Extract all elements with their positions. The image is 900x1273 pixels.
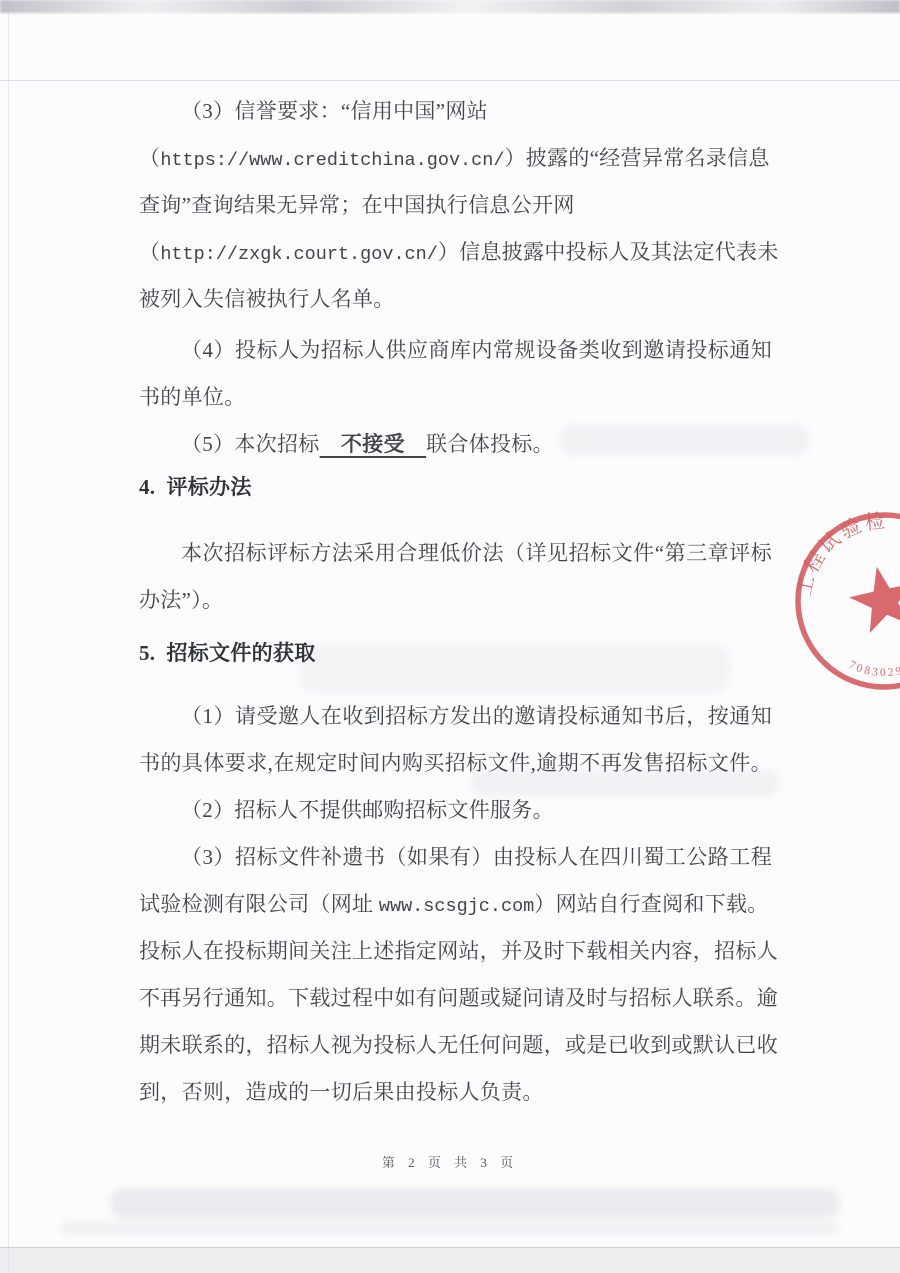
section5-item1-line2: 书的具体要求,在规定时间内购买招标文件,逾期不再发售招标文件。	[139, 740, 772, 787]
page-footer: 第 2 页 共 3 页	[0, 1152, 900, 1171]
creditchina-url: https://www.creditchina.gov.cn/	[160, 150, 504, 171]
section-heading-5: 5. 招标文件的获取	[139, 630, 772, 677]
scan-smudge	[110, 1188, 840, 1218]
section4-line2: 办法”）。	[139, 577, 772, 624]
item4-line2: 书的单位。	[139, 374, 772, 421]
seal-star-icon	[844, 560, 900, 636]
item3-line2: （https://www.creditchina.gov.cn/）披露的“经营异…	[139, 135, 772, 182]
section5-item1-line1: （1）请受邀人在收到招标方发出的邀请投标通知书后，按通知	[139, 693, 772, 740]
scan-artifact-bottom-area	[0, 1248, 900, 1273]
company-seal: 工程试验检 708302993	[784, 501, 900, 701]
item3-line5: 被列入失信被执行人名单。	[139, 276, 772, 323]
scan-artifact-top-band	[0, 0, 900, 13]
section5-item2-line: （2）招标人不提供邮购招标文件服务。	[139, 787, 772, 834]
section5-item3-line3: 投标人在投标期间关注上述指定网站，并及时下载相关内容，招标人	[139, 928, 772, 975]
item3-line4: （http://zxgk.court.gov.cn/）信息披露中投标人及其法定代…	[139, 229, 772, 276]
item3-line2-text: ）披露的“经营异常名录信息	[504, 146, 769, 170]
scanned-document-page: （3）信誉要求：“信用中国”网站 （https://www.creditchin…	[0, 0, 900, 1273]
item5-suffix: 联合体投标。	[426, 432, 554, 456]
seal-serial-number: 708302993	[847, 659, 900, 679]
section5-item3-line5: 期未联系的，招标人视为投标人无任何问题，或是已收到或默认已收	[139, 1022, 772, 1069]
item5-line: （5）本次招标 不接受 联合体投标。	[139, 421, 772, 468]
scan-smudge	[60, 1222, 840, 1234]
section5-item3-line2: 试验检测有限公司（网址 www.scsgjc.com）网站自行查阅和下载。	[139, 881, 772, 928]
section-heading-4: 4. 评标办法	[139, 464, 772, 511]
item3-line2-prefix: 试验检测有限公司（网址	[139, 892, 379, 916]
section4-line1: 本次招标评标方法采用合理低价法（详见招标文件“第三章评标	[139, 530, 772, 577]
section5-item3-line6: 到，否则，造成的一切后果由投标人负责。	[139, 1069, 772, 1116]
company-seal-graphic: 工程试验检 708302993	[784, 501, 900, 701]
item3-line1: （3）信誉要求：“信用中国”网站	[139, 88, 772, 135]
item3-line4-text: ）信息披露中投标人及其法定代表未	[438, 240, 779, 264]
item5-prefix: （5）本次招标	[181, 432, 320, 456]
zxgk-court-url: http://zxgk.court.gov.cn/	[160, 244, 438, 265]
section5-item3-line4: 不再另行通知。下载过程中如有问题或疑问请及时与招标人联系。逾	[139, 975, 772, 1022]
document-body: （3）信誉要求：“信用中国”网站 （https://www.creditchin…	[139, 88, 772, 1116]
scan-artifact-hairline	[0, 80, 900, 81]
bracket-open: （	[139, 146, 160, 170]
item5-underlined-value: 不接受	[320, 432, 427, 456]
bracket-open: （	[139, 240, 160, 264]
item3-line2-suffix: ）网站自行查阅和下载。	[534, 892, 768, 916]
item4-line1: （4）投标人为招标人供应商库内常规设备类收到邀请投标通知	[139, 327, 772, 374]
scan-artifact-left-edge	[8, 0, 9, 1273]
item3-line3: 查询”查询结果无异常；在中国执行信息公开网	[139, 182, 772, 229]
scsgjc-url: www.scsgjc.com	[379, 896, 534, 917]
section5-item3-line1: （3）招标文件补遗书（如果有）由投标人在四川蜀工公路工程	[139, 834, 772, 881]
